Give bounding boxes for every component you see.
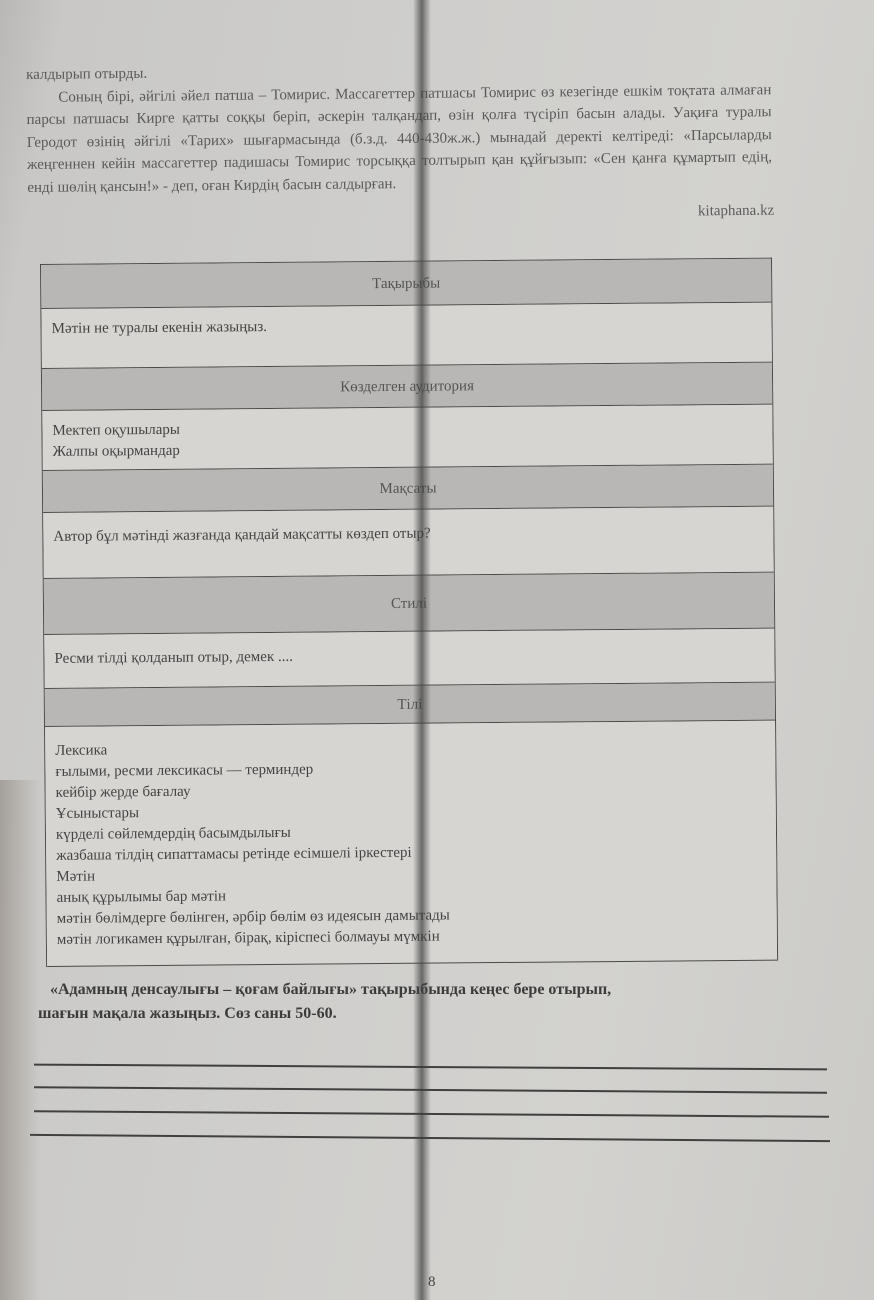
table-body-topic: Мәтін не туралы екенін жазыңыз. xyxy=(41,303,771,369)
table-body-audience: Мектеп оқушылары Жалпы оқырмандар xyxy=(42,405,772,471)
table-header-language: Тілі xyxy=(45,683,775,727)
table-body-style: Ресми тілді қолданып отыр, демек .... xyxy=(44,629,774,689)
table-header-topic: Тақырыбы xyxy=(41,259,771,309)
table-header-purpose: Мақсаты xyxy=(43,465,773,513)
answer-line-4[interactable] xyxy=(30,1134,830,1142)
task-line-1: «Адамның денсаулығы – қоғам байлығы» тақ… xyxy=(38,978,798,1002)
answer-line-2[interactable] xyxy=(34,1086,827,1093)
answer-line-3[interactable] xyxy=(34,1110,829,1117)
page-number: 8 xyxy=(428,1274,436,1291)
hand-shadow xyxy=(0,780,40,1300)
analysis-table: Тақырыбы Мәтін не туралы екенін жазыңыз.… xyxy=(40,258,778,967)
table-cell-text: Автор бұл мәтінді жазғанда қандай мақсат… xyxy=(53,521,763,548)
passage-body: Соның бірі, әйгілі әйел патша – Томирис.… xyxy=(26,79,772,199)
source-credit: kitaphana.kz xyxy=(698,203,774,221)
table-header-audience: Көзделген аудитория xyxy=(42,363,772,411)
answer-line-1[interactable] xyxy=(34,1064,827,1070)
table-cell-text: Ресми тілді қолданып отыр, демек .... xyxy=(54,643,764,670)
writing-task: «Адамның денсаулығы – қоғам байлығы» тақ… xyxy=(38,978,798,1026)
text-passage: калдырып отырды. Соның бірі, әйгілі әйел… xyxy=(26,56,772,199)
table-header-style: Стилі xyxy=(44,573,774,635)
table-cell-text: Мәтін не туралы екенін жазыңыз. xyxy=(51,313,761,340)
table-body-language: Лексика ғылыми, ресми лексикасы — термин… xyxy=(45,721,777,967)
table-body-purpose: Автор бұл мәтінді жазғанда қандай мақсат… xyxy=(43,507,774,579)
task-line-2: шағын мақала жазыңыз. Сөз саны 50-60. xyxy=(38,1002,798,1026)
